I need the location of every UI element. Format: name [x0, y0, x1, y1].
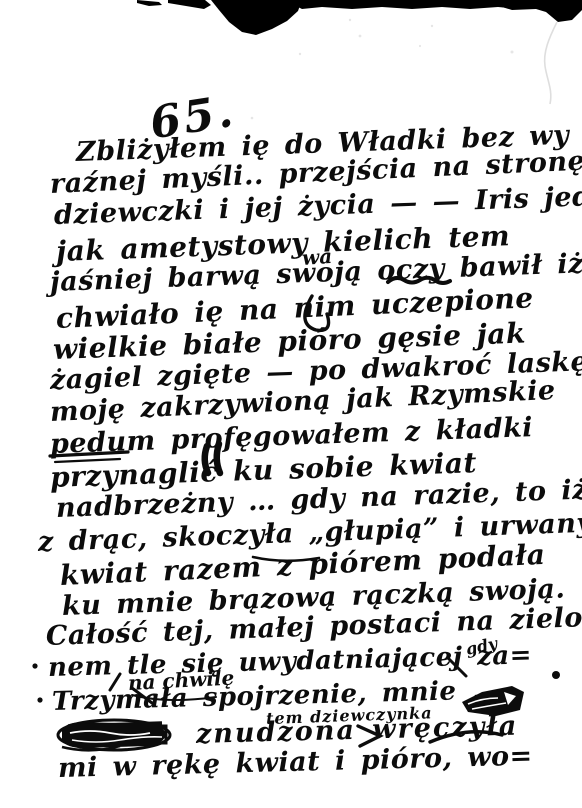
handwritten-line: mi w rękę kwiat i pióro, wo=	[58, 741, 533, 784]
torn-edge-blob-left	[211, 0, 302, 35]
torn-edge-blob-right	[500, 0, 582, 22]
margin-dot	[37, 697, 42, 702]
paper-scratch	[545, 22, 557, 104]
torn-paper-edge	[0, 0, 582, 140]
margin-dot	[32, 663, 37, 668]
torn-edge-speck	[137, 0, 162, 6]
torn-edge-speck	[168, 0, 211, 9]
inserted-word: wa	[301, 244, 333, 270]
scribbled-out-word	[58, 720, 170, 750]
ink-dot	[552, 671, 560, 679]
manuscript-page: 65. Zbliżyłem ię do Władki bez wy raźnej…	[0, 0, 582, 808]
torn-edge-band	[292, 0, 540, 9]
